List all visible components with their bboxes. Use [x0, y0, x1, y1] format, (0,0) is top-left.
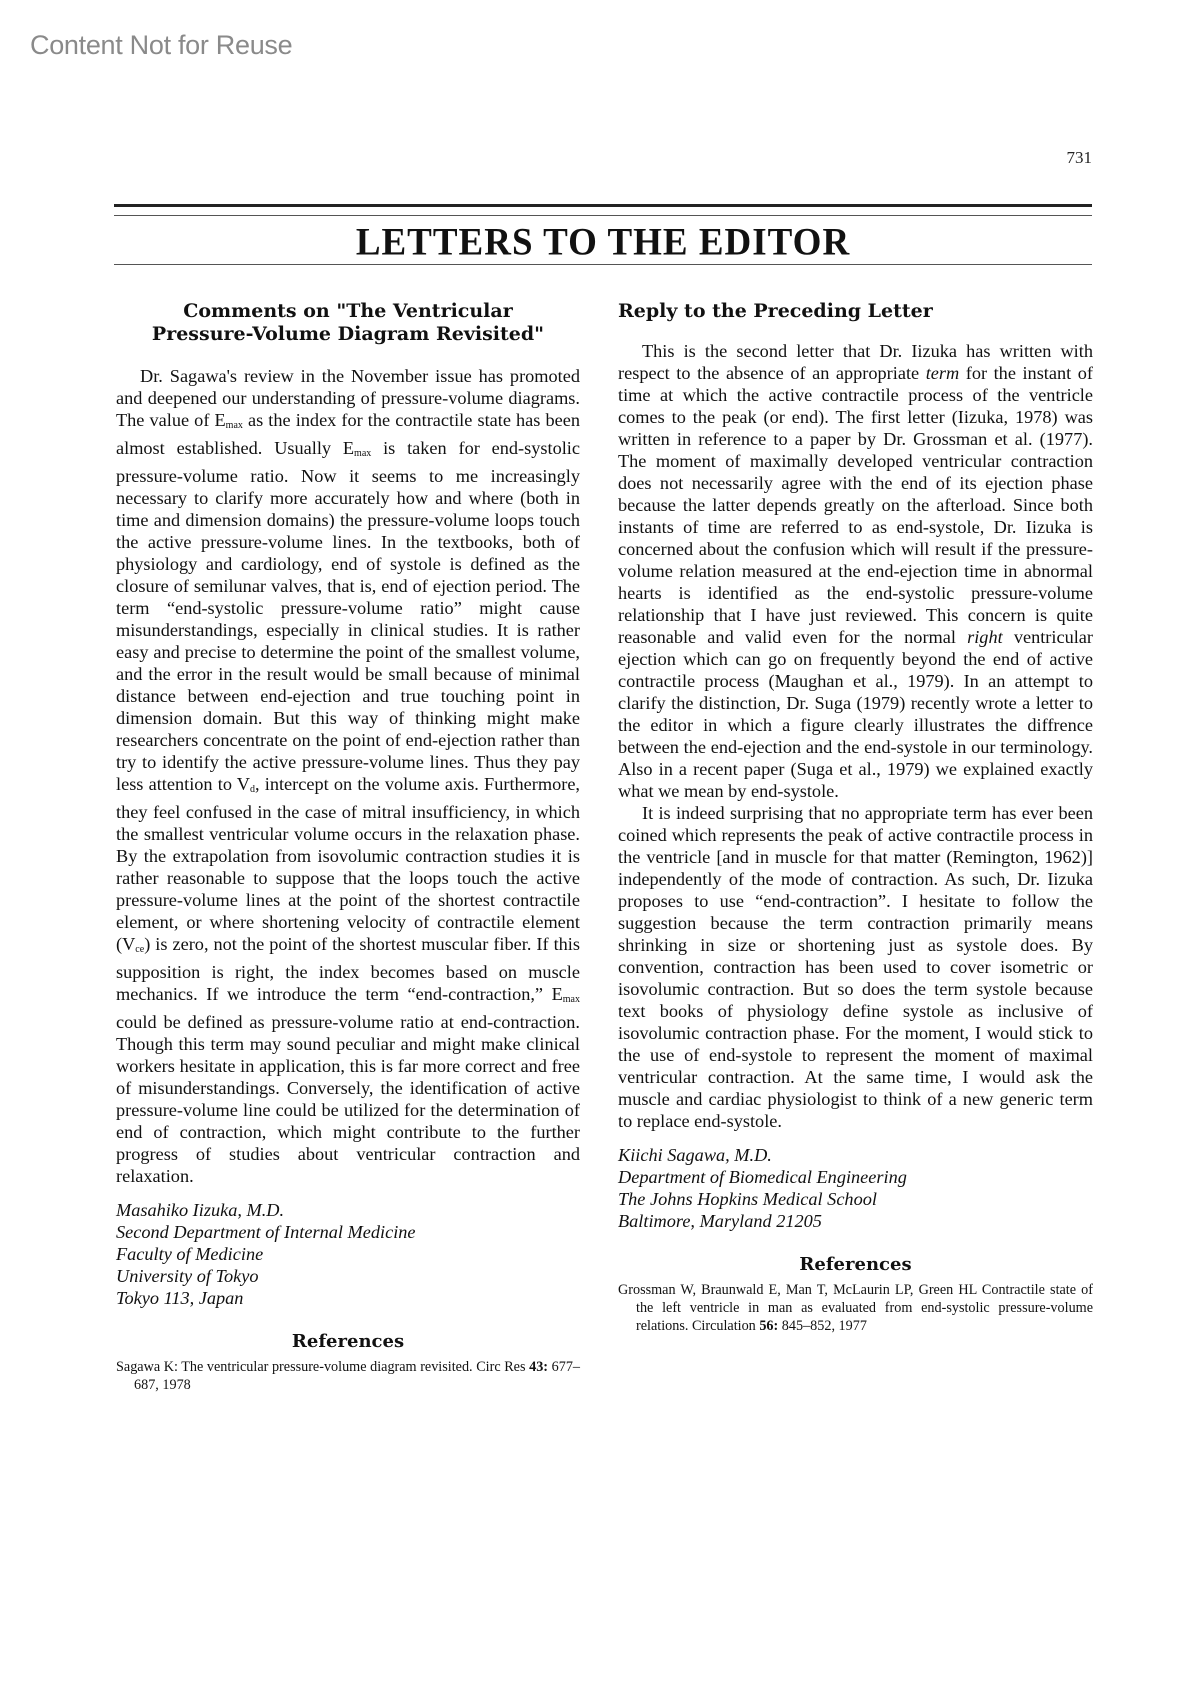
page-number: 731 [1067, 148, 1093, 168]
letter-iizuka: Comments on "The Ventricular Pressure-Vo… [116, 300, 580, 1394]
header-rule-top [114, 204, 1092, 207]
watermark: Content Not for Reuse [30, 30, 292, 61]
italic-text: right [967, 627, 1003, 647]
reference-item: Sagawa K: The ventricular pressure-volum… [116, 1358, 580, 1394]
author-address: Baltimore, Maryland 21205 [618, 1210, 1093, 1232]
letter-body: Dr. Sagawa's review in the November issu… [116, 365, 580, 1187]
header-rule-second [114, 215, 1092, 216]
subscript: ce [135, 944, 144, 955]
letter-reply-sagawa: Reply to the Preceding Letter This is th… [618, 300, 1093, 1335]
author-name: Masahiko Iizuka, M.D. [116, 1199, 580, 1221]
reference-volume: 56: [759, 1318, 778, 1334]
author-signature: Masahiko Iizuka, M.D. Second Department … [116, 1199, 580, 1309]
author-address: Tokyo 113, Japan [116, 1287, 580, 1309]
references-heading: References [618, 1254, 1093, 1275]
paragraph: It is indeed surprising that no appropri… [618, 802, 1093, 1132]
reference-item: Grossman W, Braunwald E, Man T, McLaurin… [618, 1281, 1093, 1335]
letter-title: Comments on "The Ventricular Pressure-Vo… [116, 300, 580, 346]
reference-volume: 43: [529, 1359, 548, 1375]
author-affiliation: The Johns Hopkins Medical School [618, 1188, 1093, 1210]
italic-text: term [926, 363, 960, 383]
author-affiliation: Department of Biomedical Engineering [618, 1166, 1093, 1188]
text-segment: , intercept on the volume axis. Furtherm… [116, 774, 580, 954]
subscript: max [563, 994, 580, 1005]
paragraph: This is the second letter that Dr. Iizuk… [618, 340, 1093, 802]
letter-body: This is the second letter that Dr. Iizuk… [618, 340, 1093, 1132]
section-title: LETTERS TO THE EDITOR [114, 220, 1092, 265]
text-segment: for the instant of time at which the act… [618, 363, 1093, 647]
letter-title-line1: Comments on "The Ventricular [183, 300, 512, 322]
author-affiliation: University of Tokyo [116, 1265, 580, 1287]
header-rule-bottom [114, 264, 1092, 265]
references-heading: References [116, 1331, 580, 1352]
letter-title: Reply to the Preceding Letter [618, 300, 1093, 323]
author-name: Kiichi Sagawa, M.D. [618, 1144, 1093, 1166]
subscript: max [226, 420, 243, 431]
text-segment: ) is zero, not the point of the shortest… [116, 934, 580, 1004]
paragraph: Dr. Sagawa's review in the November issu… [116, 365, 580, 1187]
reference-pages: 845–852, 1977 [778, 1318, 867, 1334]
author-affiliation: Second Department of Internal Medicine [116, 1221, 580, 1243]
text-segment: could be defined as pressure-volume rati… [116, 1012, 580, 1186]
author-signature: Kiichi Sagawa, M.D. Department of Biomed… [618, 1144, 1093, 1232]
letter-title-line2: Pressure-Volume Diagram Revisited" [152, 323, 544, 345]
subscript: max [354, 448, 371, 459]
text-segment: ventricular ejection which can go on fre… [618, 627, 1093, 801]
author-affiliation: Faculty of Medicine [116, 1243, 580, 1265]
reference-text: Sagawa K: The ventricular pressure-volum… [116, 1359, 529, 1375]
text-segment: is taken for end-systolic pressure-volum… [116, 438, 580, 794]
